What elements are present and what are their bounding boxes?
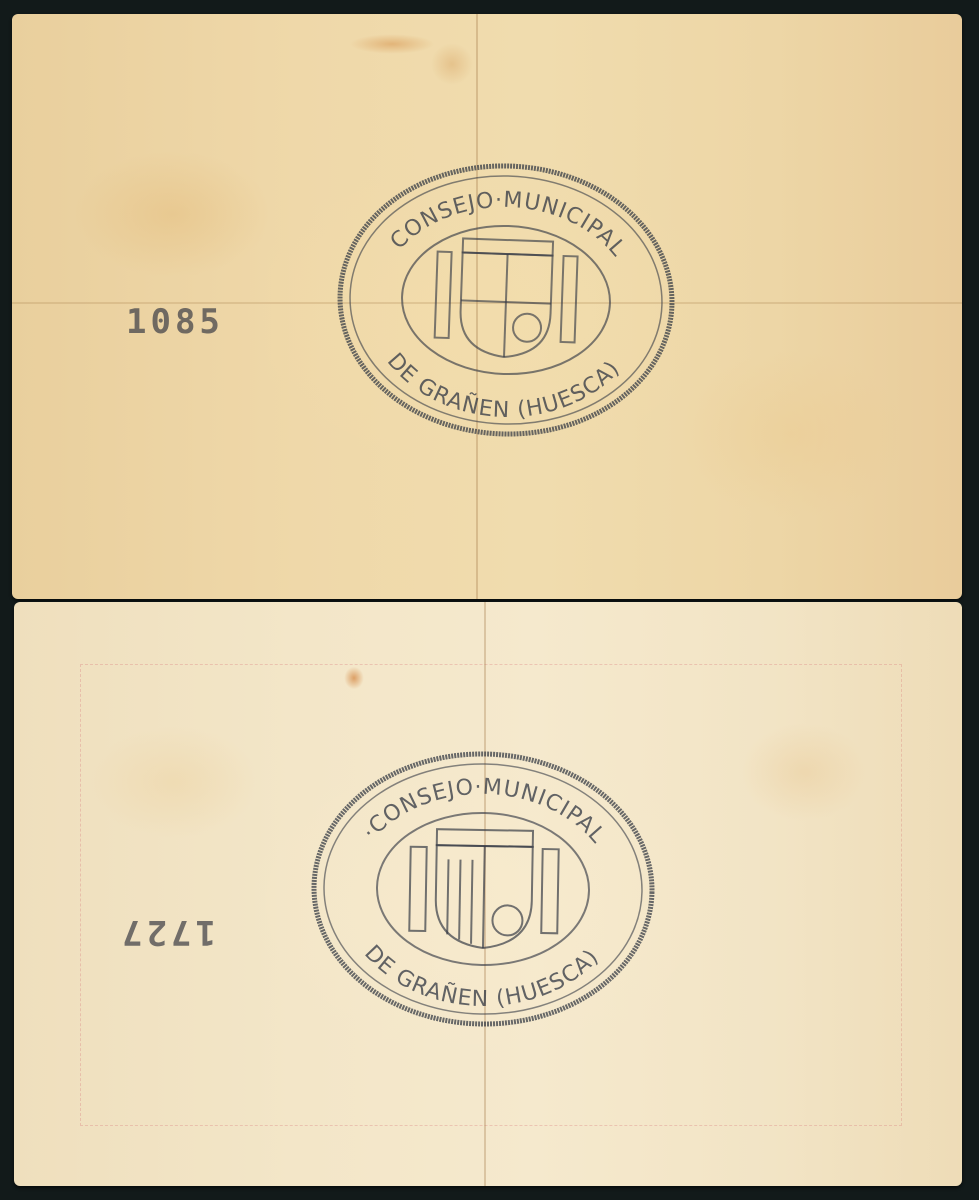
municipal-stamp-bottom: ·CONSEJO·MUNICIPAL DE GRAÑEN (HUESCA) xyxy=(308,747,659,1031)
serial-number-bottom: 1727 xyxy=(118,912,216,952)
municipal-stamp-top: CONSEJO·MUNICIPAL DE GRAÑEN (HUESCA) xyxy=(331,156,680,444)
coat-of-arms-icon xyxy=(434,238,578,360)
stamp-top-text: CONSEJO·MUNICIPAL xyxy=(385,184,632,263)
coat-of-arms-icon xyxy=(409,829,559,950)
serial-number-top: 1085 xyxy=(126,302,224,342)
